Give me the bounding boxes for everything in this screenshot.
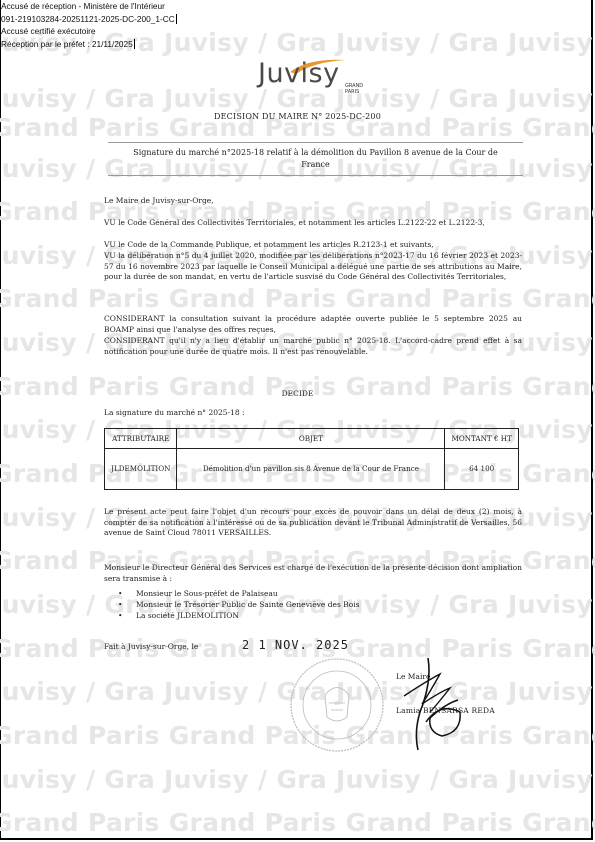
table-header-row: ATTRIBUTAIRE OBJET MONTANT € HT	[105, 429, 519, 449]
header-objet: OBJET	[177, 429, 445, 449]
handwritten-signature-icon	[400, 652, 475, 752]
logo-subtitle: GRAND PARIS	[345, 83, 363, 95]
signatory-name: Lamia BENSARSA REDA	[396, 706, 495, 715]
signature-intro: La signature du marché n° 2025-18 :	[104, 408, 522, 419]
recipient-list: Monsieur le Sous-préfet de Palaiseau Mon…	[118, 588, 359, 621]
market-table: ATTRIBUTAIRE OBJET MONTANT € HT JLDEMOLI…	[104, 428, 519, 490]
receipt-line-date: Réception par le préfet : 21/11/2025	[1, 39, 135, 49]
recital: VU le Code de la Commande Publique, et n…	[104, 240, 522, 251]
subject-line: Signature du marché n°2025-18 relatif à …	[108, 147, 523, 159]
header-attributaire: ATTRIBUTAIRE	[105, 429, 177, 449]
cell-objet: Démolition d'un pavillon sis 8 Avenue de…	[177, 449, 445, 490]
appeal-notice: Le présent acte peut faire l'objet d'un …	[104, 507, 522, 539]
made-at: Fait à Juvisy-sur-Orge, le	[104, 642, 198, 651]
receipt-line-ministry: Accusé de réception - Ministère de l'Int…	[1, 0, 177, 13]
cell-montant: 64 100	[445, 449, 519, 490]
cell-attributaire: JLDEMOLITION	[105, 449, 177, 490]
header-montant: MONTANT € HT	[445, 429, 519, 449]
recital: CONSIDERANT la consultation suivant la p…	[104, 314, 522, 335]
recital: VU la délibération n°5 du 4 juillet 2020…	[104, 251, 522, 283]
list-item: Monsieur le Sous-préfet de Palaiseau	[118, 588, 359, 599]
list-item: La société JLDEMOLITION	[118, 610, 359, 621]
receipt-stamp: Accusé de réception - Ministère de l'Int…	[1, 0, 177, 50]
document-title: DECISION DU MAIRE N° 2025-DC-200	[0, 112, 595, 121]
receipt-line-id: 091-219103284-20251121-2025-DC-200_1-CC	[1, 14, 177, 24]
juvisy-logo: Juvisy GRAND PARIS	[258, 58, 358, 98]
receipt-line-certified: Accusé certifié exécutoire	[1, 25, 177, 38]
mayor-intro: Le Maire de Juvisy-sur-Orge,	[104, 196, 522, 207]
execution-notice: Monsieur le Directeur Général des Servic…	[104, 563, 522, 584]
logo-brand: Juvisy	[258, 58, 340, 89]
table-row: JLDEMOLITION Démolition d'un pavillon si…	[105, 449, 519, 490]
subject-line: France	[108, 159, 523, 171]
recital: CONSIDERANT qu'il n'y a lieu d'établir u…	[104, 336, 522, 357]
date-stamp: 2 1 NOV. 2025	[242, 638, 349, 652]
official-seal-icon	[287, 655, 387, 755]
recital: VU le Code Général des Collectivités Ter…	[104, 218, 522, 229]
subject-box: Signature du marché n°2025-18 relatif à …	[108, 142, 523, 176]
decide-heading: DECIDE	[0, 389, 595, 398]
logo-sub-paris: PARIS	[345, 89, 363, 95]
list-item: Monsieur le Trésorier Public de Sainte G…	[118, 599, 359, 610]
